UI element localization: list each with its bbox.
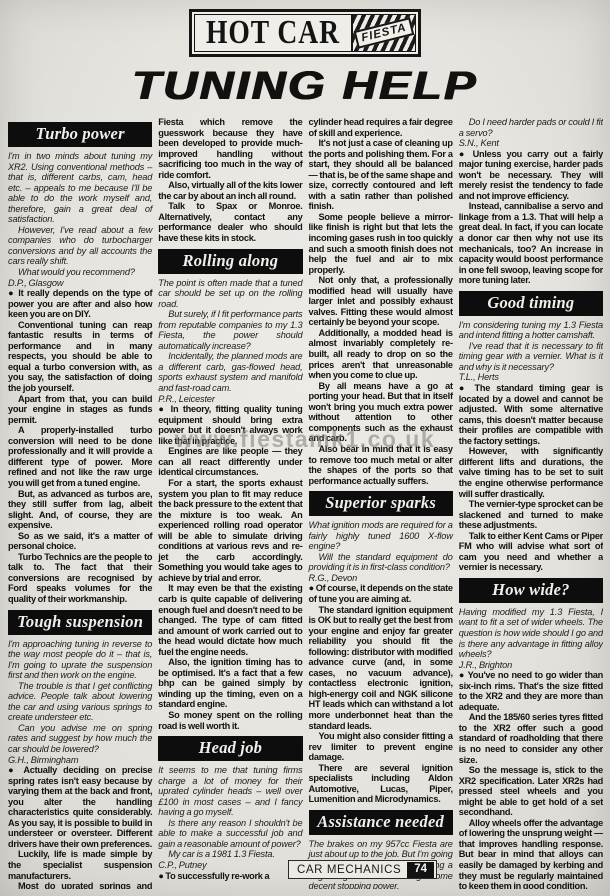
column-1: Turbo powerI'm in two minds about tuning…	[8, 117, 152, 889]
section-heading: Head job	[158, 736, 302, 761]
question-paragraph: Will the standard equipment do providing…	[309, 552, 453, 573]
section-heading: Good timing	[459, 291, 603, 316]
hot-car-logo: HOT CAR FIESTA	[189, 9, 421, 57]
question-paragraph: Having modified my 1.3 Fiesta, I want to…	[459, 607, 603, 660]
question-paragraph: Incidentally, the planned mods are a dif…	[158, 351, 302, 393]
letter-signature: G.H., Birmingham	[8, 755, 152, 766]
magazine-page: HOT CAR FIESTA TUNING HELP Turbo powerI'…	[0, 0, 610, 896]
question-paragraph: Do I need harder pads or could I fit a s…	[459, 117, 603, 138]
answer-paragraph: Instead, cannibalise a servo and linkage…	[459, 201, 603, 285]
answer-paragraph: Most do uprated springs and shock absorb…	[8, 881, 152, 889]
section-heading: Superior sparks	[309, 491, 453, 516]
section-heading: Assistance needed	[309, 810, 453, 835]
question-paragraph: Can you advise me on spring rates and su…	[8, 723, 152, 755]
answer-paragraph: The standard ignition equipment is OK bu…	[309, 605, 453, 732]
question-paragraph: Is there any reason I shouldn't be able …	[158, 818, 302, 850]
answer-paragraph: So as we said, it's a matter of personal…	[8, 531, 152, 552]
answer-paragraph: Also, the ignition timing has to be opti…	[158, 657, 302, 710]
answer-paragraph: ● The standard timing gear is located by…	[459, 383, 603, 446]
answer-paragraph: ● Of course, it depends on the state of …	[309, 583, 453, 604]
answer-paragraph: ● To successfully re-work a	[158, 871, 302, 882]
letter-signature: D.P., Glasgow	[8, 278, 152, 289]
magazine-footer: CAR MECHANICS 74	[288, 860, 437, 879]
answer-paragraph: Turbo Technics are the people to talk to…	[8, 552, 152, 605]
answer-paragraph: Alloy wheels offer the advantage of lowe…	[459, 818, 603, 889]
answer-paragraph: But, as advanced as turbos are, they sti…	[8, 489, 152, 531]
answer-paragraph: So money spent on the rolling road is we…	[158, 710, 302, 731]
answer-paragraph: Luckily, life is made simple by the spec…	[8, 849, 152, 881]
answer-paragraph: ● In theory, fitting quality tuning equi…	[158, 404, 302, 446]
column-3: cylinder head requires a fair degree of …	[309, 117, 453, 889]
answer-paragraph: So the message is, stick to the XR2 spec…	[459, 765, 603, 818]
answer-paragraph: It's not just a case of cleaning up the …	[309, 138, 453, 212]
magazine-name: CAR MECHANICS	[297, 864, 401, 876]
question-paragraph: What would you recommend?	[8, 267, 152, 278]
letter-signature: J.R., Brighton	[459, 660, 603, 671]
column-2: Fiesta which remove the guesswork becaus…	[158, 117, 302, 889]
answer-paragraph: cylinder head requires a fair degree of …	[309, 117, 453, 138]
answer-paragraph: Additionally, a modded head is almost in…	[309, 328, 453, 381]
answer-paragraph: A properly-installed turbo conversion wi…	[8, 425, 152, 488]
answer-paragraph: ● Actually deciding on precise spring ra…	[8, 765, 152, 849]
answer-paragraph: There are several ignition specialists i…	[309, 763, 453, 805]
page-title: TUNING HELP	[0, 64, 610, 109]
fiesta-stripes-icon: FIESTA	[351, 15, 415, 51]
answer-paragraph: Also, virtually all of the kits lower th…	[158, 180, 302, 201]
question-paragraph: The trouble is that I get conflicting ad…	[8, 681, 152, 723]
answer-paragraph: ● Unless you carry out a fairly major tu…	[459, 149, 603, 202]
answer-paragraph: Some people believe a mirror-like finish…	[309, 212, 453, 275]
answer-paragraph: And the 185/60 series tyres fitted to th…	[459, 712, 603, 765]
section-heading: Turbo power	[8, 122, 152, 147]
answer-paragraph: ● You've no need to go wider than six-in…	[459, 670, 603, 712]
hot-car-logo-inner: HOT CAR FIESTA	[194, 14, 416, 52]
answer-paragraph: Talk to Spax or Monroe. Alternatively, c…	[158, 201, 302, 243]
hot-car-logo-text: HOT CAR	[201, 14, 345, 52]
question-paragraph: I'm approaching tuning in reverse to the…	[8, 639, 152, 681]
answer-paragraph: By all means have a go at porting your h…	[309, 381, 453, 444]
question-paragraph: My car is a 1981 1.3 Fiesta.	[158, 849, 302, 860]
answer-paragraph: Fiesta which remove the guesswork becaus…	[158, 117, 302, 180]
question-paragraph: I've read that it is necessary to fit ti…	[459, 341, 603, 373]
letter-signature: P.R., Leicester	[158, 394, 302, 405]
letter-signature: S.N., Kent	[459, 138, 603, 149]
fiesta-badge-label: FIESTA	[354, 17, 415, 49]
answer-paragraph: You might also consider fitting a rev li…	[309, 731, 453, 763]
answer-paragraph: Not only that, a professionally modified…	[309, 275, 453, 328]
section-heading: Rolling along	[158, 249, 302, 274]
answer-paragraph: ● It really depends on the type of power…	[8, 288, 152, 320]
letter-signature: C.P., Putney	[158, 860, 302, 871]
question-paragraph: However, I've read about a few companies…	[8, 225, 152, 267]
answer-paragraph: It may even be that the existing carb is…	[158, 583, 302, 657]
question-paragraph: What ignition mods are required for a fa…	[309, 520, 453, 552]
section-heading: Tough suspension	[8, 610, 152, 635]
answer-paragraph: Also bear in mind that it is easy to rem…	[309, 444, 453, 486]
column-4: Do I need harder pads or could I fit a s…	[459, 117, 603, 889]
question-paragraph: I'm considering tuning my 1.3 Fiesta and…	[459, 320, 603, 341]
answer-paragraph: However, with significantly different li…	[459, 446, 603, 499]
answer-paragraph: Engines are like people — they can all r…	[158, 446, 302, 478]
letter-signature: T.L., Herts	[459, 372, 603, 383]
question-paragraph: It seems to me that tuning firms charge …	[158, 765, 302, 818]
question-paragraph: But surely, if I fit performance parts f…	[158, 309, 302, 351]
letter-signature: R.G., Devon	[309, 573, 453, 584]
answer-paragraph: For a start, the sports exhaust system y…	[158, 478, 302, 583]
answer-paragraph: The vernier-type sprocket can be slacken…	[459, 499, 603, 531]
answer-paragraph: Apart from that, you can build your engi…	[8, 394, 152, 426]
page-number: 74	[407, 862, 434, 878]
question-paragraph: The point is often made that a tuned car…	[158, 278, 302, 310]
article-columns: Turbo powerI'm in two minds about tuning…	[8, 117, 603, 889]
answer-paragraph: Conventional tuning can reap fantastic r…	[8, 320, 152, 394]
section-heading: How wide?	[459, 578, 603, 603]
question-paragraph: I'm in two minds about tuning my XR2. Us…	[8, 151, 152, 225]
answer-paragraph: Talk to either Kent Cams or Piper FM who…	[459, 531, 603, 573]
